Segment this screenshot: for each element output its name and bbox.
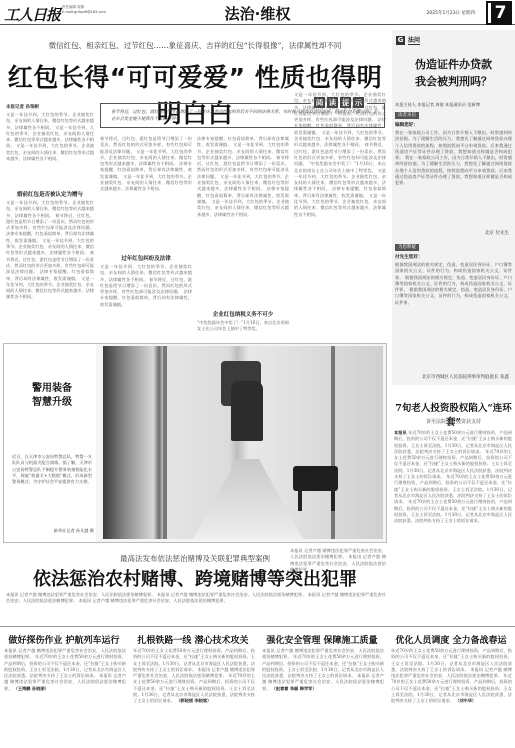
photo-title-line: 警用装备 (32, 382, 72, 396)
lead-byline: 本报记者 孙瑞彬 (6, 104, 39, 110)
bottom-headline-4: 优化人员调度 全力备战春运 (387, 633, 515, 646)
bottom-byline: （赵春雷 李磊 韩学军） (272, 686, 317, 691)
legal-qa-byline: 本报主持人 本报记者 周倩 本报通讯员 范新博 (395, 102, 480, 108)
bottom-headline-1: 做好探伤作业 护航列车运行 (0, 633, 128, 646)
police-robot-photo (103, 346, 383, 539)
lead-text-span: 又是一年佳节到，大红包的季节。企业抽奖红包、亲友间的人情往来、微信红包等形式越来… (197, 199, 289, 217)
page-number: 7 (488, 3, 510, 23)
reader-greeting: 编辑您好： (395, 122, 418, 128)
photo-title: 警用装备 智慧升级 (32, 382, 72, 410)
legal-qa-label: 法问 (408, 35, 420, 45)
bottom-byline: （刘中华） (455, 698, 476, 703)
lead-column-4-text: 又是一年佳节到，大红包的季节。企业抽奖红包、亲友间的人情往来、微信红包等形式越来… (294, 92, 386, 338)
photo-element (298, 486, 302, 511)
answer-text-span: 根据我国刑法的相关规定，伪造、变造居民身份证、户口簿等国家机关公文、证件的行为，… (395, 287, 512, 305)
expert-greeting: 付先生您好： (395, 254, 423, 260)
bottom-article-4-body: 年近70岁的王女士花费50余万元进行理财投资，产品到期后，投资的公司不仅不返还本… (391, 648, 512, 740)
issue-date: 2025年1月23日 星期四 (427, 10, 475, 16)
bottom-article-3-body: 本报讯 记者卢越 赌博违法犯罪严重危害社会治安，人民法院依法惩治赌博犯罪。 年近… (262, 648, 384, 740)
case-side-text: 本报讯 记者卢越 赌博违法犯罪严重危害社会治安，人民法院依法惩治赌博犯罪。 本报… (290, 548, 386, 592)
case-text-span: 本报讯 记者卢越 赌博违法犯罪严重危害社会治安，人民法院依法惩治赌博犯罪。 (157, 592, 307, 597)
photo-caption-area: 警用装备 智慧升级 近日，在天津市公安局特警总队，特警一支队队员与机器犬配合演练… (4, 344, 96, 542)
lead-column-2a-text: 春节将近，过红包、派红包是给节日增添了一份喜庆。然而红包的形式更加多样，有些红包… (100, 136, 192, 226)
lead-quote-text: “中奖奖励年会中奖了！”1月16日，来自北京的周女士在公司年会上抽中了特等奖。 (197, 320, 289, 338)
lead-column-3-text: 法律专家提醒，红包看似简单，背后却有法律属性，收发需谨慎。 又是一年佳节到，大红… (197, 136, 289, 306)
lead-subhead-3: 过年红包纠纷及法律 (100, 254, 192, 262)
bottom-headline-2: 扎根铁路一线 潜心技术攻关 (129, 633, 257, 646)
photo-feature: 警用装备 智慧升级 近日，在天津市公安局特警总队，特警一支队队员与机器犬配合演练… (3, 343, 387, 543)
photo-element (331, 486, 335, 511)
expert-answer-section: 为您释疑 (395, 244, 419, 251)
story2-lead-label: 本报讯 (394, 430, 407, 435)
story2-body: 本报讯 年近70岁的王女士花费50余万元进行理财投资，产品到期后，投资的公司不仅… (394, 430, 512, 620)
lead-column-2b-text: 又是一年佳节到，大红包的季节。企业抽奖红包、亲友间的人情往来、微信红包等形式越来… (100, 264, 192, 340)
g-logo-icon: G (396, 36, 405, 45)
expert-sign: 北京市西城区人民法院刑事审判庭庭长 张鑫 (422, 374, 509, 380)
legal-qa-panel: G 法问 伪造证件办贷款 我会被判刑吗？ 本报主持人 本报记者 周倩 本报通讯员… (392, 30, 515, 385)
photo-element (231, 381, 263, 441)
bottom-byline: （王海鹏 孙晓丽） (14, 686, 49, 691)
legal-qa-tag: G 法问 (396, 35, 420, 45)
photo-element (163, 346, 167, 539)
story2-text-span: 年近70岁的王女士花费50余万元进行理财投资，产品到期后，投资的公司不仅不返还本… (394, 499, 512, 523)
headline-line: 伪造证件办贷款 (392, 56, 515, 73)
bottom-article-1-body: 本报讯 记者卢越 赌博违法犯罪严重危害社会治安，人民法院依法惩治赌博犯罪。 年近… (4, 648, 126, 740)
bottom-divider (0, 626, 515, 627)
case-body: 本报讯 记者卢越 赌博违法犯罪严重危害社会治安，人民法院依法惩治赌博犯罪。 本报… (6, 592, 386, 622)
lead-intro-span: 又是一年佳节到，大红包的季节。企业抽奖红包、亲友间的人情往来、微信红包等形式越来… (6, 143, 94, 161)
letter-text-span: 我在一家家政公司工作，因为日常开销入不敷出，时常感到经济拮据。为了缓解生活的压力… (395, 155, 512, 185)
lead-subhead-1: 婚前红包是否被认定为赠与 (6, 190, 94, 198)
case-text-span: 本报讯 记者卢越 赌博违法犯罪严重危害社会治安，人民法院依法惩治赌博犯罪。 (6, 592, 156, 597)
lead-column-1-text: 又是一年佳节到，大红包的季节。企业抽奖红包、亲友间的人情往来、微信红包等形式越来… (6, 200, 94, 340)
legal-qa-headline: 伪造证件办贷款 我会被判刑吗？ (392, 56, 515, 90)
bottom-article-2-body: 年近70岁的王女士花费50余万元进行理财投资，产品到期后，投资的公司不仅不返还本… (133, 648, 255, 740)
case-text-span: 本报讯 记者卢越 赌博违法犯罪严重危害社会治安，人民法院依法惩治赌博犯罪。 (79, 598, 228, 603)
bottom-byline: （郭晓丽 李晓斌） (176, 698, 211, 703)
photo-element (193, 459, 303, 539)
photo-caption: 近日，在天津市公安局特警总队，特警一支队队员与机器犬配合演练。据了解，天津市公安… (12, 454, 92, 524)
reader-sign: 北京 付先生 (485, 230, 509, 236)
reader-letter: 我在一家家政公司工作，因为日常开销入不敷出，时常感到经济拮据。为了缓解生活的压力… (395, 130, 512, 226)
expert-answer: 根据我国刑法的相关规定，伪造、变造居民身份证、户口簿等国家机关公文、证件的行为，… (395, 262, 512, 372)
reader-letter-section: 读者来信 (395, 112, 419, 119)
photo-credit: 新华社记者 孙凡越 摄 (34, 528, 94, 536)
bottom-headline-3: 强化安全管理 保障施工质量 (258, 633, 386, 646)
photo-title-line: 智慧升级 (32, 396, 72, 410)
lead-text-span: “中奖奖励年会中奖了！”1月16日，来自北京的周女士在公司年会上抽中了特等奖。 (294, 161, 386, 172)
story2-subhead: 诉至法院追讨投资获支持 (392, 418, 515, 425)
lead-kicker: 微信红包、相亲红包、过节红包……象征喜庆、吉祥的红包“长得很像”，法律属性却不同 (0, 40, 390, 51)
lead-subhead-2: 企业红包纳税义务不可少 (197, 310, 289, 318)
masthead: 工人日报 责任编辑 周倩 E-mail:grrbpdf@163.com 法治·维… (0, 0, 515, 25)
headline-line: 我会被判刑吗？ (392, 73, 515, 90)
lead-intro-text: 又是一年佳节到，大红包的季节。企业抽奖红包、亲友间的人情往来、微信红包等形式越来… (6, 112, 94, 182)
